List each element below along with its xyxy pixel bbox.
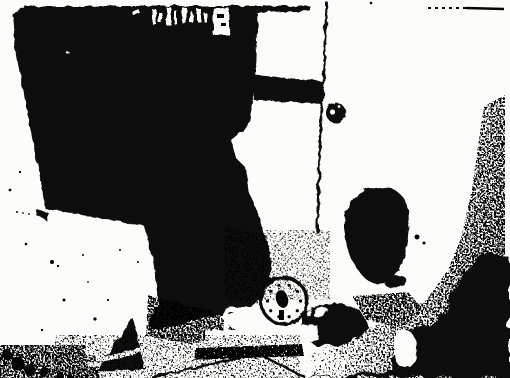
floor-highlight-patch <box>393 330 417 368</box>
wall-tick-dot <box>370 2 373 5</box>
photo-canvas <box>0 0 510 378</box>
door-bottom-speckle <box>262 230 330 300</box>
photo <box>0 0 510 378</box>
wall-corner-line-top <box>466 8 504 9</box>
door-knob <box>326 103 346 123</box>
floor-speckle <box>55 335 300 378</box>
